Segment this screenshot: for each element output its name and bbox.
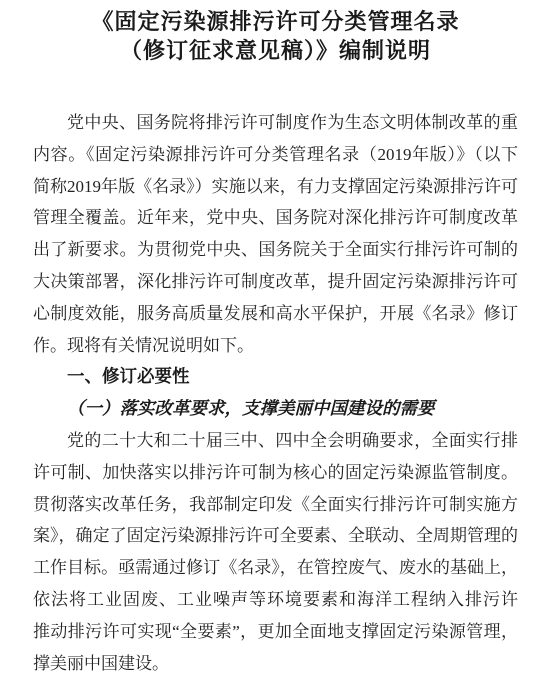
paragraph-line: 依法将工业固废、工业噪声等环境要素和海洋工程纳入排污许可， [33,584,518,616]
document-title: 《固定污染源排污许可分类管理名录 （修订征求意见稿）》编制说明 [33,7,518,65]
paragraph-line: 简称2019年版《名录》）实施以来，有力支撑固定污染源排污许可 [33,171,518,203]
document-page: 《固定污染源排污许可分类管理名录 （修订征求意见稿）》编制说明 党中央、国务院将… [0,0,550,679]
paragraph-line: 党的二十大和二十届三中、四中全会明确要求，全面实行排污 [33,425,518,457]
section-heading-revision-necessity: 一、修订必要性 [33,361,518,393]
paragraph-line: 贯彻落实改革任务，我部制定印发《全面实行排污许可制实施方 [33,489,518,521]
paragraph-line: 心制度效能，服务高质量发展和高水平保护，开展《名录》修订工 [33,298,518,330]
paragraph-line: 撑美丽中国建设。 [33,648,518,679]
paragraph-line: 工作目标。亟需通过修订《名录》，在管控废气、废水的基础上， [33,552,518,584]
paragraph-line: 推动排污许可实现“全要素”，更加全面地支撑固定污染源管理，支 [33,616,518,648]
document-body: 党中央、国务院将排污许可制度作为生态文明体制改革的重要 内容。《固定污染源排污许… [33,107,518,679]
paragraph-line: 出了新要求。为贯彻党中央、国务院关于全面实行排污许可制的重 [33,234,518,266]
document-title-line-1: 《固定污染源排污许可分类管理名录 [33,7,518,36]
paragraph-line: 内容。《固定污染源排污许可分类管理名录（2019年版）》（以下 [33,139,518,171]
paragraph-line: 作。现将有关情况说明如下。 [33,330,518,362]
document-title-line-2: （修订征求意见稿）》编制说明 [33,36,518,65]
paragraph-line: 案》，确定了固定污染源排污许可全要素、全联动、全周期管理的 [33,520,518,552]
paragraph-line: 许可制、加快落实以排污许可制为核心的固定污染源监管制度。为 [33,457,518,489]
subsection-heading-reform-requirements: （一）落实改革要求，支撑美丽中国建设的需要 [33,393,518,425]
paragraph-line: 大决策部署，深化排污许可制度改革，提升固定污染源排污许可核 [33,266,518,298]
paragraph-line: 党中央、国务院将排污许可制度作为生态文明体制改革的重要 [33,107,518,139]
paragraph-line: 管理全覆盖。近年来，党中央、国务院对深化排污许可制度改革提 [33,202,518,234]
